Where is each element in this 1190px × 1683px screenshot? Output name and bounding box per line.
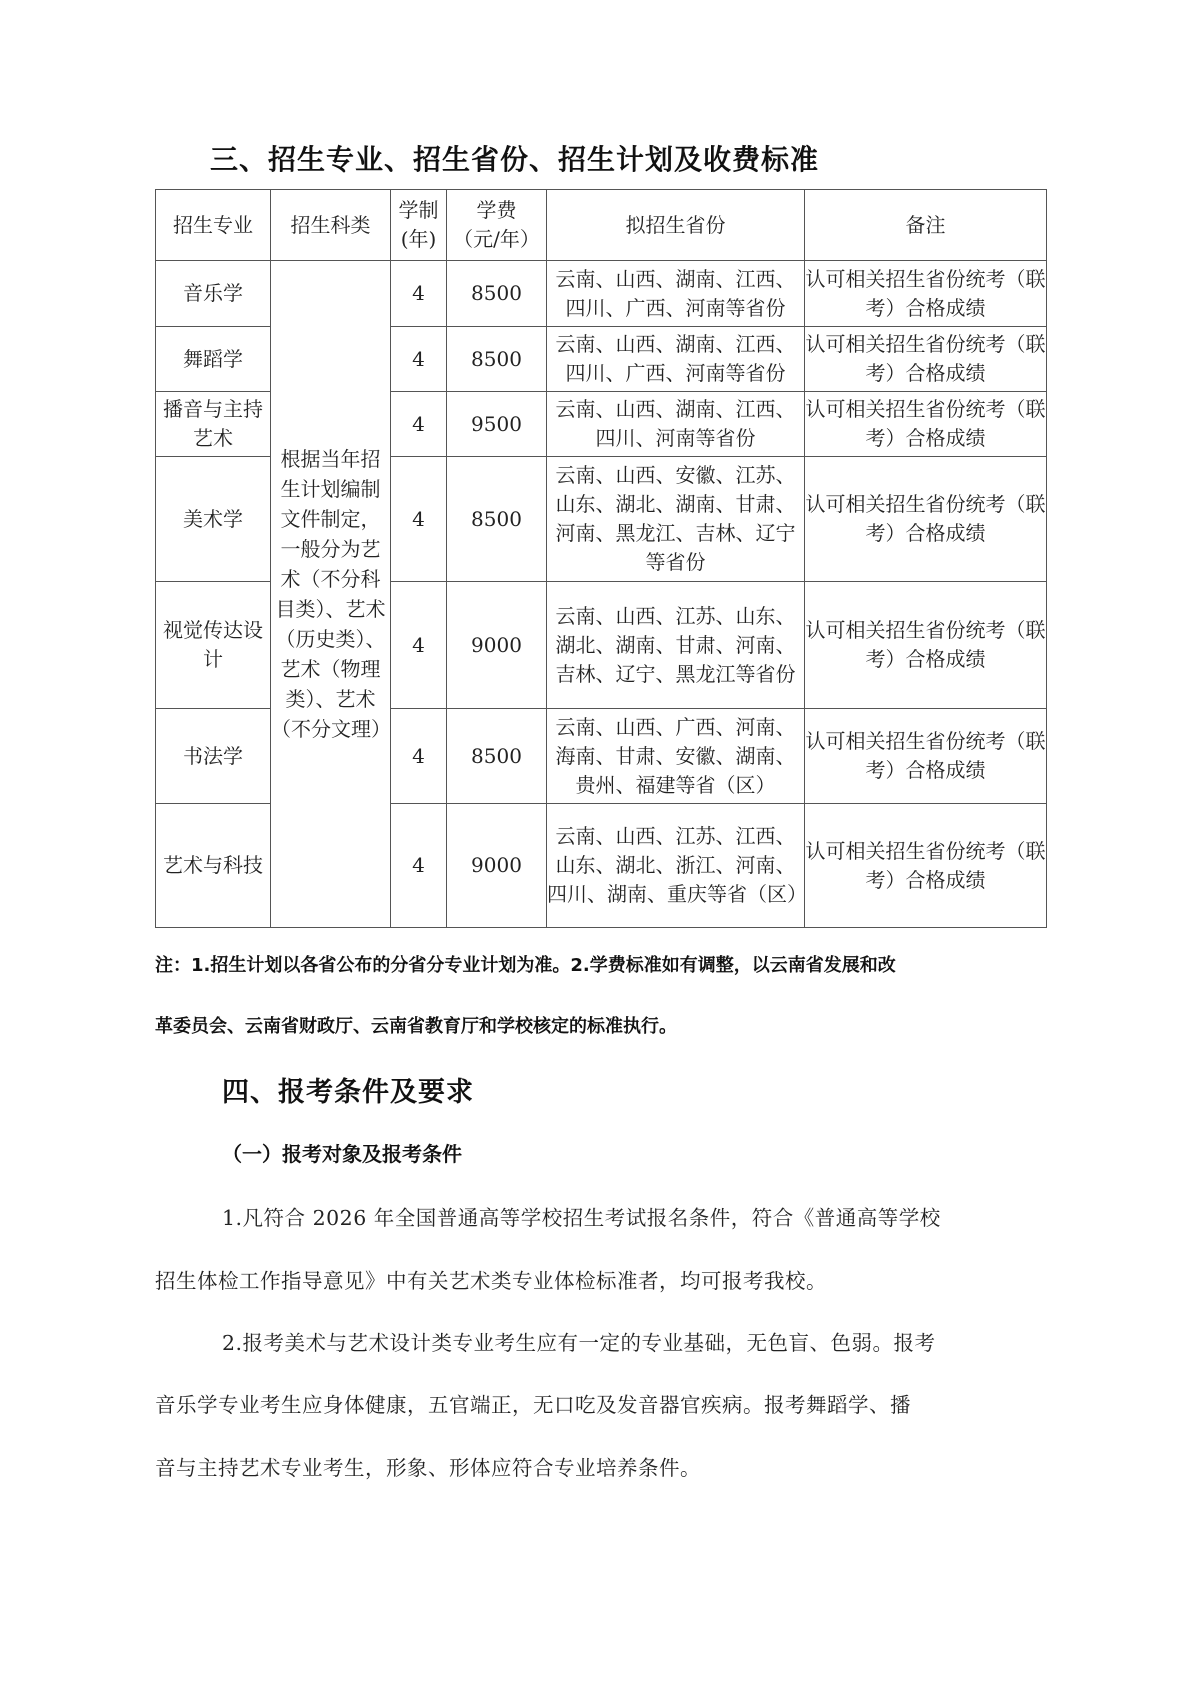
cell-duration: 4 [391, 392, 447, 457]
cell-remarks: 认可相关招生省份统考（联考）合格成绩 [805, 709, 1047, 804]
cell-duration: 4 [391, 582, 447, 709]
cell-major: 美术学 [156, 457, 271, 582]
cell-fee: 9000 [447, 582, 547, 709]
cell-major: 音乐学 [156, 261, 271, 327]
cell-remarks: 认可相关招生省份统考（联考）合格成绩 [805, 261, 1047, 327]
header-remarks: 备注 [805, 190, 1047, 261]
cell-provinces: 云南、山西、广西、河南、海南、甘肃、安徽、湖南、贵州、福建等省（区） [547, 709, 805, 804]
cell-fee: 9000 [447, 804, 547, 928]
subsection-1-heading: （一）报考对象及报考条件 [222, 1138, 462, 1167]
section-4-heading: 四、报考条件及要求 [222, 1070, 474, 1109]
header-major: 招生专业 [156, 190, 271, 261]
cell-fee: 8500 [447, 709, 547, 804]
cell-category-merged: 根据当年招生计划编制文件制定，一般分为艺术（不分科目类）、艺术（历史类）、艺术（… [271, 261, 391, 928]
cell-major: 舞蹈学 [156, 327, 271, 392]
cell-major: 播音与主持艺术 [156, 392, 271, 457]
cell-provinces: 云南、山西、江苏、江西、山东、湖北、浙江、河南、四川、湖南、重庆等省（区） [547, 804, 805, 928]
cell-duration: 4 [391, 327, 447, 392]
cell-fee: 8500 [447, 261, 547, 327]
cell-provinces: 云南、山西、江苏、山东、湖北、湖南、甘肃、河南、吉林、辽宁、黑龙江等省份 [547, 582, 805, 709]
cell-fee: 8500 [447, 327, 547, 392]
cell-major: 书法学 [156, 709, 271, 804]
table-row: 音乐学 根据当年招生计划编制文件制定，一般分为艺术（不分科目类）、艺术（历史类）… [156, 261, 1047, 327]
cell-fee: 9500 [447, 392, 547, 457]
cell-duration: 4 [391, 709, 447, 804]
paragraph-2-line-1: 2.报考美术与艺术设计类专业考生应有一定的专业基础，无色盲、色弱。报考 [222, 1326, 1052, 1356]
cell-remarks: 认可相关招生省份统考（联考）合格成绩 [805, 457, 1047, 582]
cell-fee: 8500 [447, 457, 547, 582]
cell-duration: 4 [391, 457, 447, 582]
enrollment-table: 招生专业 招生科类 学制(年) 学费（元/年） 拟招生省份 备注 音乐学 根据当… [155, 189, 1047, 928]
cell-duration: 4 [391, 261, 447, 327]
cell-remarks: 认可相关招生省份统考（联考）合格成绩 [805, 582, 1047, 709]
paragraph-2-line-3: 音与主持艺术专业考生，形象、形体应符合专业培养条件。 [155, 1451, 1045, 1481]
cell-remarks: 认可相关招生省份统考（联考）合格成绩 [805, 327, 1047, 392]
header-duration: 学制(年) [391, 190, 447, 261]
cell-provinces: 云南、山西、安徽、江苏、山东、湖北、湖南、甘肃、河南、黑龙江、吉林、辽宁等省份 [547, 457, 805, 582]
section-3-heading: 三、招生专业、招生省份、招生计划及收费标准 [210, 138, 819, 178]
header-fee: 学费（元/年） [447, 190, 547, 261]
header-provinces: 拟招生省份 [547, 190, 805, 261]
paragraph-1-line-2: 招生体检工作指导意见》中有关艺术类专业体检标准者，均可报考我校。 [155, 1264, 1045, 1294]
cell-provinces: 云南、山西、湖南、江西、四川、广西、河南等省份 [547, 327, 805, 392]
cell-remarks: 认可相关招生省份统考（联考）合格成绩 [805, 804, 1047, 928]
table-header-row: 招生专业 招生科类 学制(年) 学费（元/年） 拟招生省份 备注 [156, 190, 1047, 261]
paragraph-1-line-1: 1.凡符合 2026 年全国普通高等学校招生考试报名条件，符合《普通高等学校 [222, 1201, 1052, 1231]
table-note-line-2: 革委员会、云南省财政厅、云南省教育厅和学校核定的标准执行。 [155, 1012, 1055, 1038]
table-note-line-1: 注：1.招生计划以各省公布的分省分专业计划为准。2.学费标准如有调整，以云南省发… [155, 951, 1055, 977]
cell-major: 艺术与科技 [156, 804, 271, 928]
cell-provinces: 云南、山西、湖南、江西、四川、广西、河南等省份 [547, 261, 805, 327]
cell-major: 视觉传达设计 [156, 582, 271, 709]
cell-remarks: 认可相关招生省份统考（联考）合格成绩 [805, 392, 1047, 457]
header-category: 招生科类 [271, 190, 391, 261]
cell-provinces: 云南、山西、湖南、江西、四川、河南等省份 [547, 392, 805, 457]
cell-duration: 4 [391, 804, 447, 928]
paragraph-2-line-2: 音乐学专业考生应身体健康，五官端正，无口吃及发音器官疾病。报考舞蹈学、播 [155, 1388, 1045, 1418]
